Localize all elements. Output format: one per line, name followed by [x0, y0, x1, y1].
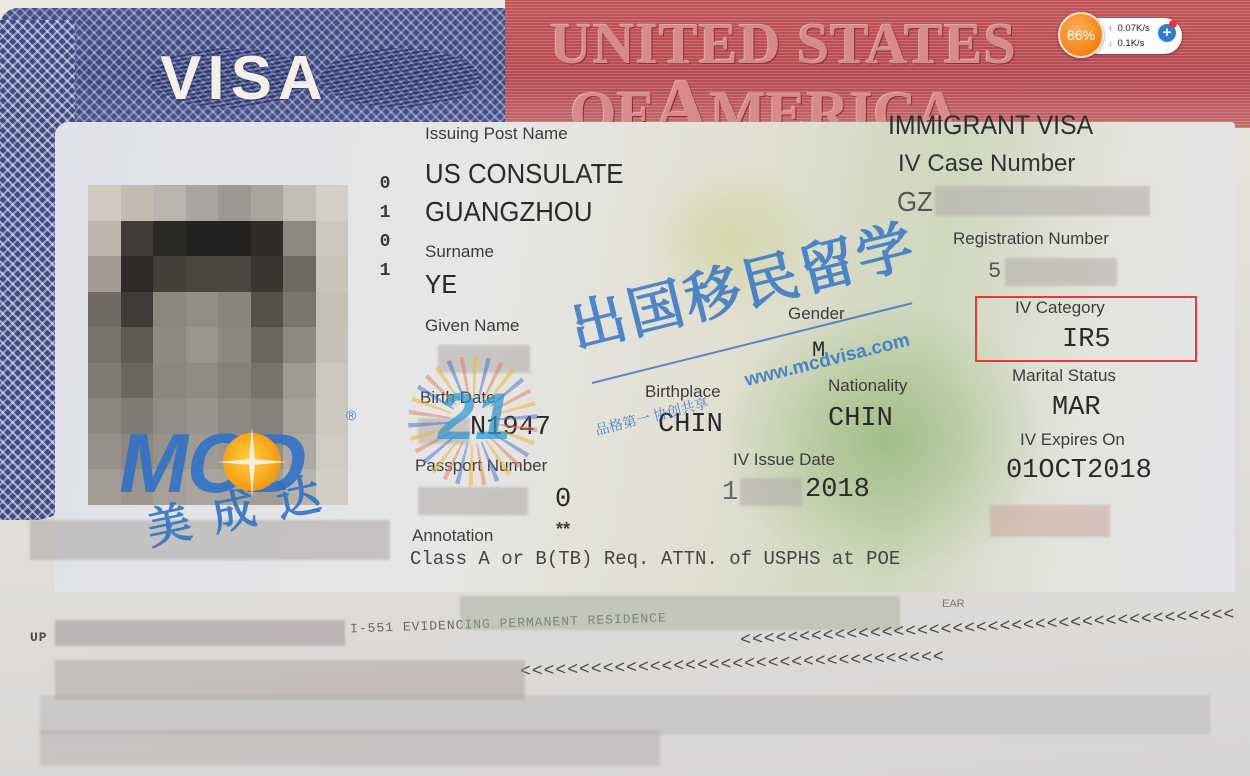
- arrow-up-icon: ↑: [1108, 23, 1113, 33]
- download-speed-row: ↓0.1K/s: [1108, 38, 1144, 49]
- photo-pixel: [218, 327, 251, 363]
- annotation-marker: **: [556, 519, 570, 540]
- visa-scan-image: VISA UNITED STATES OFAMERICA 0 1 0 1 Iss…: [0, 0, 1250, 776]
- iv-case-number-redacted: [935, 186, 1150, 216]
- registered-mark: ®: [346, 407, 356, 423]
- mrz-prefix: UP: [30, 630, 48, 645]
- visa-blue-header: VISA: [0, 8, 515, 128]
- photo-pixel: [316, 398, 349, 434]
- issuing-post-value-line1: US CONSULATE: [425, 158, 623, 190]
- cpu-usage-indicator[interactable]: 86%: [1058, 12, 1104, 58]
- photo-pixel: [88, 434, 121, 470]
- given-name-label: Given Name: [425, 316, 519, 336]
- photo-pixel: [251, 327, 284, 363]
- iv-expires-on-value: 01OCT2018: [1006, 456, 1152, 486]
- iv-issue-date-year: 2018: [805, 475, 870, 505]
- photo-pixel: [121, 185, 154, 221]
- photo-pixel: [88, 185, 121, 221]
- photo-pixel: [121, 256, 154, 292]
- surname-value: YE: [425, 272, 457, 302]
- photo-pixel: [88, 398, 121, 434]
- photo-pixel: [251, 363, 284, 399]
- photo-pixel: [186, 185, 219, 221]
- photo-pixel: [186, 221, 219, 257]
- anniversary-badge-number: 21: [438, 378, 511, 454]
- photo-pixel: [251, 185, 284, 221]
- iv-issue-date-prefix: 1: [722, 478, 738, 508]
- serial-digit: 1: [378, 199, 392, 228]
- photo-pixel: [218, 292, 251, 328]
- photo-pixel: [283, 185, 316, 221]
- photo-pixel: [218, 221, 251, 257]
- faint-text-ear: EAR: [942, 598, 965, 610]
- photo-pixel: [186, 363, 219, 399]
- serial-digit: 1: [378, 257, 392, 286]
- photo-pixel: [88, 221, 121, 257]
- mrz-line4-redacted: [40, 730, 660, 766]
- nationality-value: CHIN: [828, 404, 893, 434]
- iv-issue-date-redacted: [740, 478, 802, 506]
- photo-pixel: [186, 327, 219, 363]
- download-speed: 0.1K/s: [1118, 38, 1145, 49]
- visa-type: IMMIGRANT VISA: [888, 110, 1093, 141]
- iv-issue-date-label: IV Issue Date: [733, 450, 835, 470]
- photo-pixel: [251, 292, 284, 328]
- upload-speed-row: ↑0.07K/s: [1108, 23, 1150, 34]
- photo-pixel: [316, 256, 349, 292]
- photo-pixel: [251, 256, 284, 292]
- registration-number-label: Registration Number: [953, 229, 1109, 249]
- visa-title: VISA: [160, 43, 329, 114]
- photo-pixel: [153, 363, 186, 399]
- stamp-redacted: [990, 505, 1110, 537]
- photo-pixel: [251, 221, 284, 257]
- photo-pixel: [283, 221, 316, 257]
- iv-expires-on-label: IV Expires On: [1020, 430, 1125, 450]
- serial-digit: 0: [378, 170, 392, 199]
- photo-pixel: [186, 292, 219, 328]
- registration-number-value: 5: [988, 259, 1001, 284]
- photo-pixel: [153, 327, 186, 363]
- serial-digit: 0: [378, 228, 392, 257]
- arrow-down-icon: ↓: [1108, 38, 1113, 48]
- photo-pixel: [121, 292, 154, 328]
- annotation-value: Class A or B(TB) Req. ATTN. of USPHS at …: [410, 548, 900, 570]
- iv-category-highlight-box: [975, 296, 1197, 362]
- mrz-line2: <<<<<<<<<<<<<<<<<<<<<<<<<<<<<<<<<<<<: [520, 648, 945, 683]
- iv-case-number-label: IV Case Number: [898, 150, 1075, 178]
- photo-pixel: [88, 292, 121, 328]
- photo-pixel: [316, 363, 349, 399]
- issuing-post-value-line2: GUANGZHOU: [425, 196, 592, 228]
- mrz-line0-redacted: [55, 620, 345, 646]
- registration-number-redacted: [1005, 258, 1117, 286]
- photo-pixel: [218, 185, 251, 221]
- marital-status-label: Marital Status: [1012, 366, 1116, 386]
- annotation-label: Annotation: [412, 526, 493, 546]
- photo-pixel: [153, 292, 186, 328]
- photo-pixel: [88, 363, 121, 399]
- photo-pixel: [218, 256, 251, 292]
- photo-pixel: [121, 221, 154, 257]
- photo-pixel: [121, 363, 154, 399]
- photo-pixel: [121, 327, 154, 363]
- photo-pixel: [283, 256, 316, 292]
- upload-speed: 0.07K/s: [1118, 23, 1150, 34]
- photo-pixel: [153, 185, 186, 221]
- mrz-top-redacted: [460, 596, 900, 630]
- photo-pixel: [283, 327, 316, 363]
- passport-number-redacted: [418, 487, 528, 515]
- marital-status-value: MAR: [1052, 393, 1101, 423]
- photo-pixel: [153, 256, 186, 292]
- photo-pixel: [186, 256, 219, 292]
- mrz-line2-redacted: [55, 660, 525, 700]
- photo-pixel: [88, 327, 121, 363]
- surname-label: Surname: [425, 242, 494, 262]
- photo-pixel: [153, 221, 186, 257]
- vertical-serial-digits: 0 1 0 1: [378, 170, 392, 286]
- issuing-post-label: Issuing Post Name: [425, 124, 568, 144]
- passport-number-value: 0: [555, 485, 571, 515]
- photo-pixel: [283, 292, 316, 328]
- photo-pixel: [88, 256, 121, 292]
- photo-pixel: [316, 185, 349, 221]
- photo-pixel: [218, 363, 251, 399]
- nationality-label: Nationality: [828, 376, 907, 396]
- mrz-line3-redacted: [40, 695, 1210, 735]
- eagle-wing-right-decoration: [320, 48, 480, 108]
- notification-dot: [1169, 20, 1177, 28]
- photo-pixel: [283, 363, 316, 399]
- photo-pixel: [316, 221, 349, 257]
- photo-pixel: [316, 292, 349, 328]
- photo-pixel: [316, 327, 349, 363]
